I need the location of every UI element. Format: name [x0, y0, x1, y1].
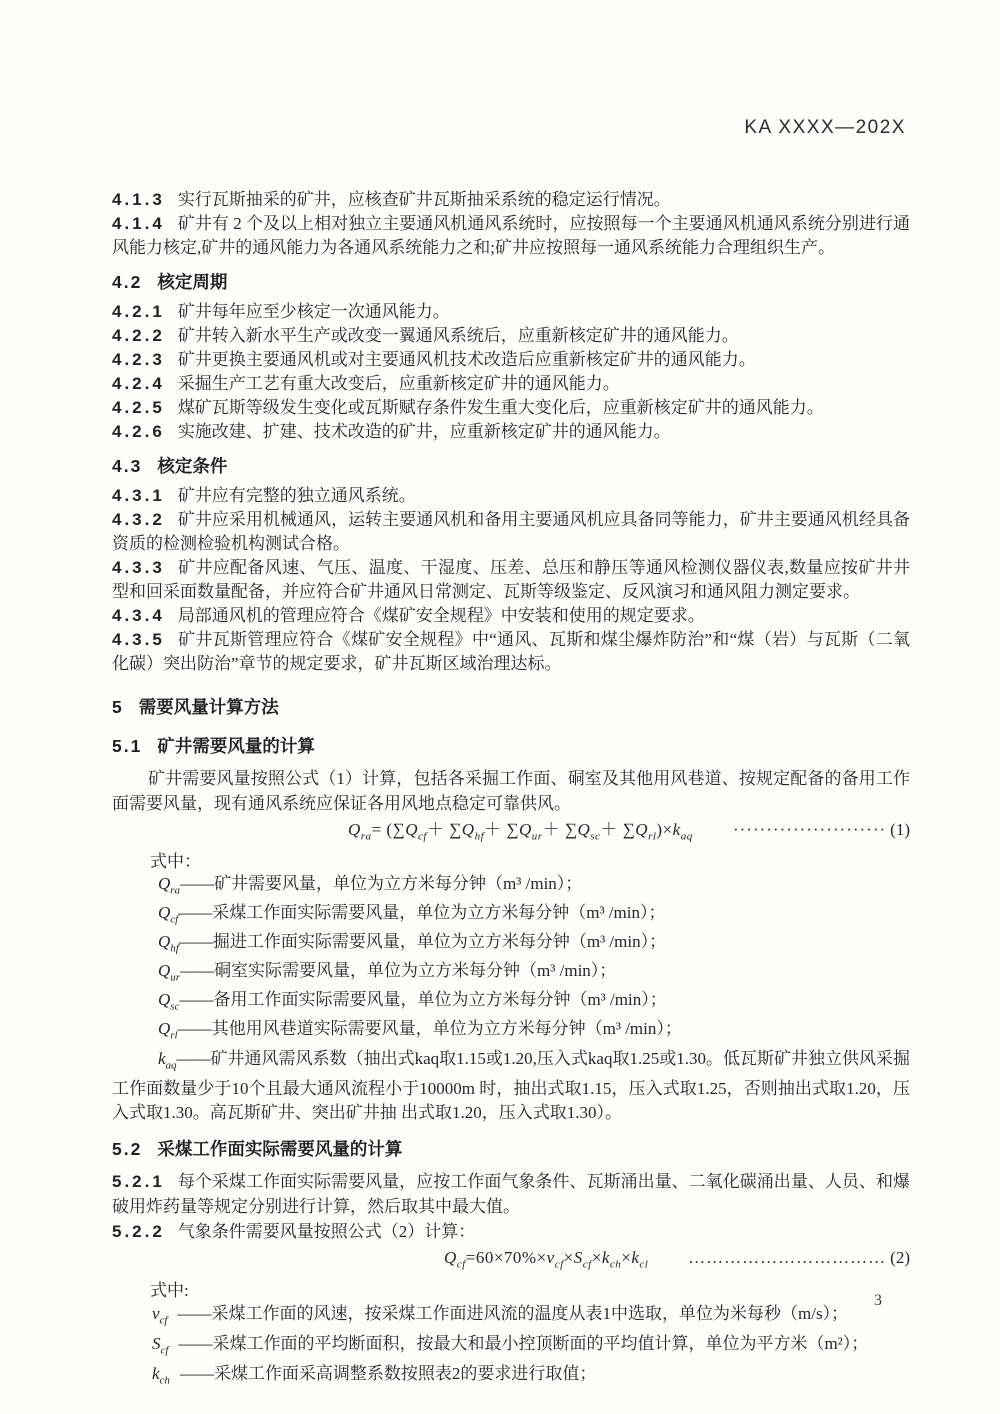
clause-number: 4.2.1 [112, 302, 165, 321]
symbol-base: k [152, 1364, 160, 1383]
section-heading-4-3: 4.3核定条件 [112, 454, 910, 478]
symbol-base: Q [158, 903, 170, 922]
symbol-Qsc: Qsc [158, 990, 179, 1009]
section-title: 采煤工作面实际需要风量的计算 [157, 1139, 402, 1159]
symbol-subscript: ur [170, 971, 180, 983]
clause-number: 4.1.4 [112, 214, 165, 233]
clause-number: 4.3.5 [112, 630, 165, 649]
symbol-Qhf: Qhf [158, 932, 179, 951]
document-content: 4.1.3实行瓦斯抽采的矿井，应核查矿井瓦斯抽采系统的稳定运行情况。 4.1.4… [112, 188, 910, 1393]
definition-text: ——掘进工作面实际需要风量，单位为立方米每分钟（m³ /min）； [179, 932, 666, 951]
clause-number: 4.1.3 [112, 190, 165, 209]
formula-2: Qcf=60×70%×vcf×Scf×kch×kcl …………………………… (… [112, 1245, 910, 1277]
section-number: 5 [112, 697, 124, 717]
clause-number: 4.3.4 [112, 606, 165, 625]
symbol-Qur: Qur [158, 961, 180, 980]
clause-text: 矿井应有完整的独立通风系统。 [178, 486, 416, 505]
clause-5-2-2: 5.2.2气象条件需要风量按照公式（2）计算： [112, 1219, 910, 1244]
clause-4-3-5: 4.3.5矿井瓦斯管理应符合《煤矿安全规程》中“通风、瓦斯和煤尘爆炸防治”和“煤… [112, 628, 910, 676]
section-title: 核定周期 [157, 272, 227, 292]
where-label-2: 式中: [112, 1279, 910, 1302]
definition-row-qur: Qur——硐室实际需要风量，单位为立方米每分钟（m³ /min）； [112, 960, 910, 989]
clause-4-3-3: 4.3.3矿井应配备风速、气压、温度、干湿度、压差、总压和静压等通风检测仪器仪表… [112, 556, 910, 604]
clause-number: 4.2.2 [112, 326, 165, 345]
definition-text: ——矿井需要风量，单位为立方米每分钟（m³ /min）； [180, 874, 582, 893]
clause-text: 每个采煤工作面实际需要风量，应按工作面气象条件、瓦斯涌出量、二氧化碳涌出量、人员… [112, 1172, 910, 1216]
clause-text: 实施改建、扩建、技术改造的矿井，应重新核定矿井的通风能力。 [178, 422, 671, 441]
clause-text: 矿井更换主要通风机或对主要通风机技术改造后应重新核定矿井的通风能力。 [178, 350, 756, 369]
clause-text: 矿井有 2 个及以上相对独立主要通风机通风系统时，应按照每一个主要通风机通风系统… [112, 214, 910, 257]
definition-text: ——备用工作面实际需要风量，单位为立方米每分钟（m³ /min）； [179, 990, 666, 1009]
clause-4-3-4: 4.3.4局部通风机的管理应符合《煤矿安全规程》中安装和使用的规定要求。 [112, 604, 910, 628]
symbol-base: Q [158, 1019, 170, 1038]
definition-row-qcf: Qcf——采煤工作面实际需要风量，单位为立方米每分钟（m³ /min）； [112, 902, 910, 931]
section-title: 核定条件 [157, 456, 227, 476]
page-number: 3 [874, 1292, 882, 1310]
symbol-base: k [158, 1049, 166, 1068]
clause-number: 4.2.4 [112, 374, 165, 393]
clause-4-2-1: 4.2.1矿井每年应至少核定一次通风能力。 [112, 300, 910, 324]
clause-text: 局部通风机的管理应符合《煤矿安全规程》中安装和使用的规定要求。 [178, 606, 705, 625]
definition-row-kaq: kaq——矿井通风需风系数（抽出式kaq取1.15或1.20,压入式kaq取1.… [112, 1047, 910, 1125]
clause-4-1-4: 4.1.4矿井有 2 个及以上相对独立主要通风机通风系统时，应按照每一个主要通风… [112, 212, 910, 260]
clause-4-3-2: 4.3.2矿井应采用机械通风，运转主要通风机和备用主要通风机应具备同等能力，矿井… [112, 508, 910, 556]
clause-number: 5.2.1 [112, 1172, 165, 1191]
clause-number: 4.2.3 [112, 350, 165, 369]
definition-text: ——采煤工作面采高调整系数按照表2的要求进行取值； [180, 1364, 597, 1383]
clause-number: 4.2.6 [112, 422, 165, 441]
symbol-Qra: Qra [158, 874, 180, 893]
formula-2-number: (2) [890, 1245, 910, 1270]
symbol-Qcf: Qcf [158, 903, 178, 922]
symbol-subscript: cf [161, 1344, 169, 1356]
clause-text: 矿井瓦斯管理应符合《煤矿安全规程》中“通风、瓦斯和煤尘爆炸防治”和“煤（岩）与瓦… [112, 630, 910, 673]
symbol-subscript: ch [160, 1375, 170, 1387]
clause-text: 煤矿瓦斯等级发生变化或瓦斯赋存条件发生重大变化后，应重新核定矿井的通风能力。 [178, 398, 824, 417]
definition-text: ——硐室实际需要风量，单位为立方米每分钟（m³ /min）； [180, 961, 616, 980]
symbol-subscript: rl [170, 1029, 177, 1041]
document-page: KA XXXX—202X 4.1.3实行瓦斯抽采的矿井，应核查矿井瓦斯抽采系统的… [0, 0, 1000, 1414]
clause-4-2-3: 4.2.3矿井更换主要通风机或对主要通风机技术改造后应重新核定矿井的通风能力。 [112, 348, 910, 372]
formula-1-number: (1) [890, 817, 910, 842]
definition-row-qrl: Qrl——其他用风巷道实际需要风量，单位为立方米每分钟（m³ /min）； [112, 1018, 910, 1047]
clause-4-2-6: 4.2.6实施改建、扩建、技术改造的矿井，应重新核定矿井的通风能力。 [112, 420, 910, 444]
clause-number: 4.2.5 [112, 398, 165, 417]
symbol-subscript: aq [166, 1059, 177, 1071]
symbol-subscript: hf [170, 943, 179, 955]
definition-text: ——其他用风巷道实际需要风量，单位为立方米每分钟（m³ /min）； [178, 1019, 682, 1038]
symbol-subscript: ra [170, 885, 180, 897]
clause-text: 矿井每年应至少核定一次通风能力。 [178, 302, 450, 321]
clause-number: 4.3.1 [112, 486, 165, 505]
clause-text: 矿井应采用机械通风，运转主要通风机和备用主要通风机应具备同等能力，矿井主要通风机… [112, 510, 910, 553]
clause-4-3-1: 4.3.1矿井应有完整的独立通风系统。 [112, 484, 910, 508]
where-label-1: 式中： [112, 850, 910, 873]
clause-number: 5.2.2 [112, 1222, 165, 1241]
definition-row-qhf: Qhf——掘进工作面实际需要风量，单位为立方米每分钟（m³ /min）； [112, 931, 910, 960]
symbol-base: Q [158, 932, 170, 951]
section-heading-5-2: 5.2采煤工作面实际需要风量的计算 [112, 1137, 910, 1161]
section-title: 需要风量计算方法 [139, 697, 279, 717]
formula-1-leader-dots: ······················· [705, 817, 886, 842]
section-heading-5-1: 5.1矿井需要风量的计算 [112, 734, 910, 758]
definition-row-scf: Scf——采煤工作面的平均断面积，按最大和最小控顶断面的平均值计算，单位为平方米… [112, 1332, 910, 1362]
symbol-Qrl: Qrl [158, 1019, 178, 1038]
symbol-kaq: kaq [158, 1049, 177, 1068]
clause-4-1-3: 4.1.3实行瓦斯抽采的矿井，应核查矿井瓦斯抽采系统的稳定运行情况。 [112, 188, 910, 212]
clause-text: 实行瓦斯抽采的矿井，应核查矿井瓦斯抽采系统的稳定运行情况。 [178, 190, 671, 209]
definition-text: ——矿井通风需风系数（抽出式kaq取1.15或1.20,压入式kaq取1.25或… [112, 1049, 910, 1122]
definition-text: ——采煤工作面的平均断面积，按最大和最小控顶断面的平均值计算，单位为平方米（m²… [178, 1334, 868, 1353]
clause-text: 矿井应配备风速、气压、温度、干湿度、压差、总压和静压等通风检测仪器仪表,数量应按… [112, 558, 910, 601]
section-number: 4.3 [112, 456, 142, 476]
symbol-base: Q [158, 990, 170, 1009]
symbol-base: Q [158, 874, 170, 893]
symbol-Scf: Scf [152, 1334, 168, 1353]
clause-number: 4.3.2 [112, 510, 165, 529]
section-heading-4-2: 4.2核定周期 [112, 270, 910, 294]
symbol-subscript: cf [160, 1314, 168, 1326]
formula-1-body: Qra= (∑Qcf＋ ∑Qhf＋ ∑Qur＋ ∑Qsc＋ ∑Qrl)×kaq [348, 817, 693, 849]
clause-4-2-2: 4.2.2矿井转入新水平生产或改变一翼通风系统后，应重新核定矿井的通风能力。 [112, 324, 910, 348]
definition-text: ——采煤工作面的风速，按采煤工作面进风流的温度从表1中选取，单位为米每秒（m/s… [178, 1304, 849, 1323]
clause-4-2-4: 4.2.4采掘生产工艺有重大改变后，应重新核定矿井的通风能力。 [112, 372, 910, 396]
chapter-heading-5: 5需要风量计算方法 [112, 694, 910, 720]
paragraph-5-1-intro: 矿井需要风量按照公式（1）计算，包括各采掘工作面、硐室及其他用风巷道、按规定配备… [112, 766, 910, 816]
formula-2-leader-dots: …………………………… [660, 1245, 886, 1270]
header-doc-code: KA XXXX—202X [744, 117, 906, 139]
symbol-kch: kch [152, 1364, 170, 1383]
symbol-base: v [152, 1304, 160, 1323]
clause-text: 矿井转入新水平生产或改变一翼通风系统后，应重新核定矿井的通风能力。 [178, 326, 739, 345]
definition-row-qra: Qra——矿井需要风量，单位为立方米每分钟（m³ /min）； [112, 873, 910, 902]
definition-row-kch: kch——采煤工作面采高调整系数按照表2的要求进行取值； [112, 1362, 910, 1392]
section-number: 5.2 [112, 1139, 142, 1159]
clause-4-2-5: 4.2.5煤矿瓦斯等级发生变化或瓦斯赋存条件发生重大变化后，应重新核定矿井的通风… [112, 396, 910, 420]
definition-row-vcf: vcf——采煤工作面的风速，按采煤工作面进风流的温度从表1中选取，单位为米每秒（… [112, 1302, 910, 1332]
clause-text: 气象条件需要风量按照公式（2）计算： [178, 1222, 476, 1241]
section-title: 矿井需要风量的计算 [157, 736, 315, 756]
clause-5-2-1: 5.2.1每个采煤工作面实际需要风量，应按工作面气象条件、瓦斯涌出量、二氧化碳涌… [112, 1169, 910, 1219]
formula-2-body: Qcf=60×70%×vcf×Scf×kch×kcl [444, 1245, 648, 1277]
symbol-vcf: vcf [152, 1304, 168, 1323]
section-number: 4.2 [112, 272, 142, 292]
clause-number: 4.3.3 [112, 558, 165, 577]
symbol-base: Q [158, 961, 170, 980]
section-number: 5.1 [112, 736, 142, 756]
definition-text: ——采煤工作面实际需要风量，单位为立方米每分钟（m³ /min）； [178, 903, 665, 922]
symbol-base: S [152, 1334, 161, 1353]
formula-1: Qra= (∑Qcf＋ ∑Qhf＋ ∑Qur＋ ∑Qsc＋ ∑Qrl)×kaq … [112, 817, 910, 849]
definition-row-qsc: Qsc——备用工作面实际需要风量，单位为立方米每分钟（m³ /min）； [112, 989, 910, 1018]
clause-text: 采掘生产工艺有重大改变后，应重新核定矿井的通风能力。 [178, 374, 620, 393]
